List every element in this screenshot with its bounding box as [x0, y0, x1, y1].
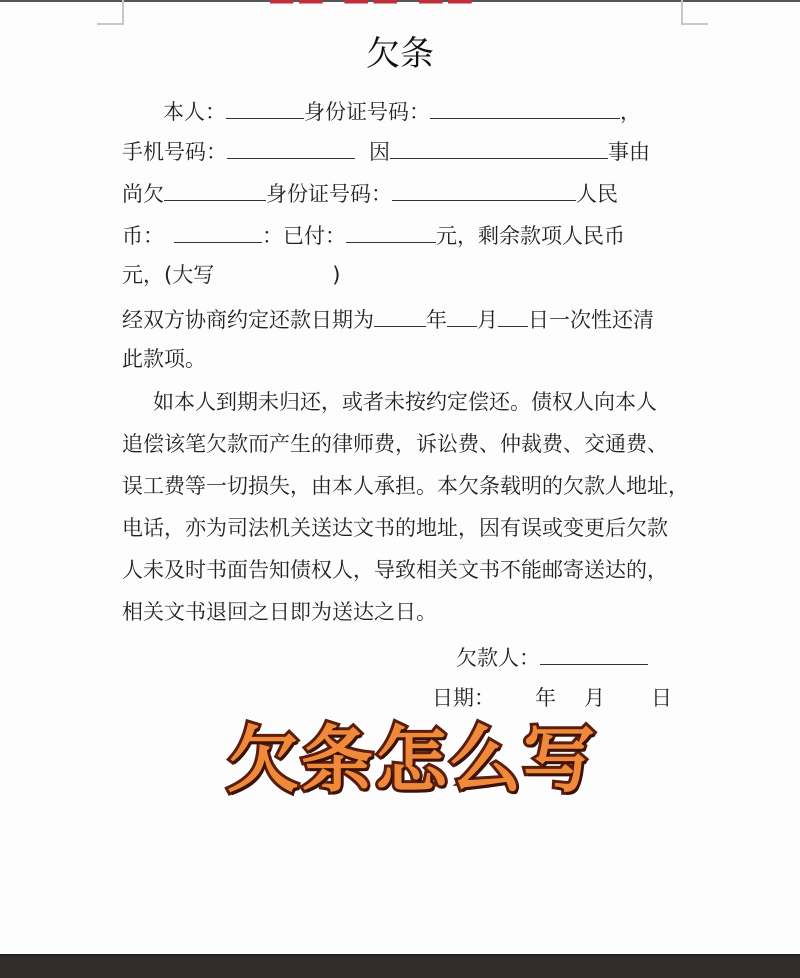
margin-mark-top-right-h — [681, 23, 708, 25]
line-owe: 尚欠身份证号码：人民 — [122, 178, 618, 208]
signature-debtor: 欠款人： — [456, 642, 648, 672]
blank-id — [430, 96, 620, 119]
blank-id-2 — [392, 178, 576, 201]
blank-day — [498, 304, 528, 327]
line-capital: 元，(大写) — [122, 261, 340, 289]
label-because: 因 — [369, 140, 390, 164]
label-rmb: 人民 — [576, 182, 618, 206]
blank-phone — [227, 136, 355, 159]
blank-year — [374, 304, 426, 327]
line-due-date: 经双方协商约定还款日期为年月日一次性还清 — [122, 304, 654, 334]
label-matter: 事由 — [608, 140, 650, 164]
blank-creditor — [164, 178, 266, 201]
signature-date: 日期：年月日 — [432, 684, 672, 712]
label-sig-year: 年 — [535, 686, 556, 710]
label-day-repay: 日一次性还清 — [528, 308, 654, 332]
blank-reason — [390, 136, 608, 159]
line-phone: 手机号码：因事由 — [122, 136, 650, 166]
label-paid: ：已付： — [262, 224, 346, 248]
paragraph-line: 相关文书退回之日即为送达之日。 — [122, 598, 437, 626]
margin-mark-top-left-h — [97, 23, 124, 25]
paragraph-line: 误工费等一切损失，由本人承担。本欠条载明的欠款人地址， — [122, 472, 689, 500]
paragraph-line: 追偿该笔欠款而产生的律师费，诉讼费、仲裁费、交通费、 — [122, 430, 668, 458]
document-title: 欠条 — [0, 32, 800, 76]
blank-month — [447, 304, 477, 327]
paren-close: ) — [332, 263, 340, 287]
label-id: 身份证号码： — [304, 100, 430, 124]
overlay-caption: 欠条怎么写 — [212, 712, 612, 808]
blank-name — [226, 96, 304, 119]
line-amount: 币：：已付：元，剩余款项人民币 — [122, 220, 625, 250]
label-id-2: 身份证号码： — [266, 182, 392, 206]
label-debtor: 欠款人： — [456, 646, 540, 670]
blank-amount — [174, 220, 262, 243]
label-self: 本人： — [163, 100, 226, 124]
label-capital: 元，(大写 — [122, 263, 214, 287]
label-currency: 币： — [122, 224, 164, 248]
label-date: 日期： — [432, 686, 495, 710]
label-due: 经双方协商约定还款日期为 — [122, 308, 374, 332]
paragraph-line: 如本人到期未归还，或者未按约定偿还。债权人向本人 — [153, 388, 657, 416]
cropped-header-text: ██ ██ ██ ● — [270, 0, 480, 6]
label-year: 年 — [426, 308, 447, 332]
label-remaining: 元，剩余款项人民币 — [436, 224, 625, 248]
margin-mark-top-right-v — [681, 0, 683, 24]
line-borrower: 本人：身份证号码：， — [163, 96, 641, 126]
blank-paid — [346, 220, 436, 243]
label-sig-month: 月 — [584, 686, 605, 710]
bottom-bar — [0, 954, 800, 978]
label-month: 月 — [477, 308, 498, 332]
label-sig-day: 日 — [651, 686, 672, 710]
line-this-amount: 此款项。 — [122, 345, 206, 373]
margin-mark-top-left-v — [122, 0, 124, 24]
paragraph-line: 电话，亦为司法机关送达文书的地址，因有误或变更后欠款 — [122, 514, 668, 542]
paragraph-line: 人未及时书面告知债权人，导致相关文书不能邮寄送达的， — [122, 556, 668, 584]
blank-signature — [540, 642, 648, 665]
comma: ， — [620, 100, 641, 124]
label-owe: 尚欠 — [122, 182, 164, 206]
label-phone: 手机号码： — [122, 140, 227, 164]
